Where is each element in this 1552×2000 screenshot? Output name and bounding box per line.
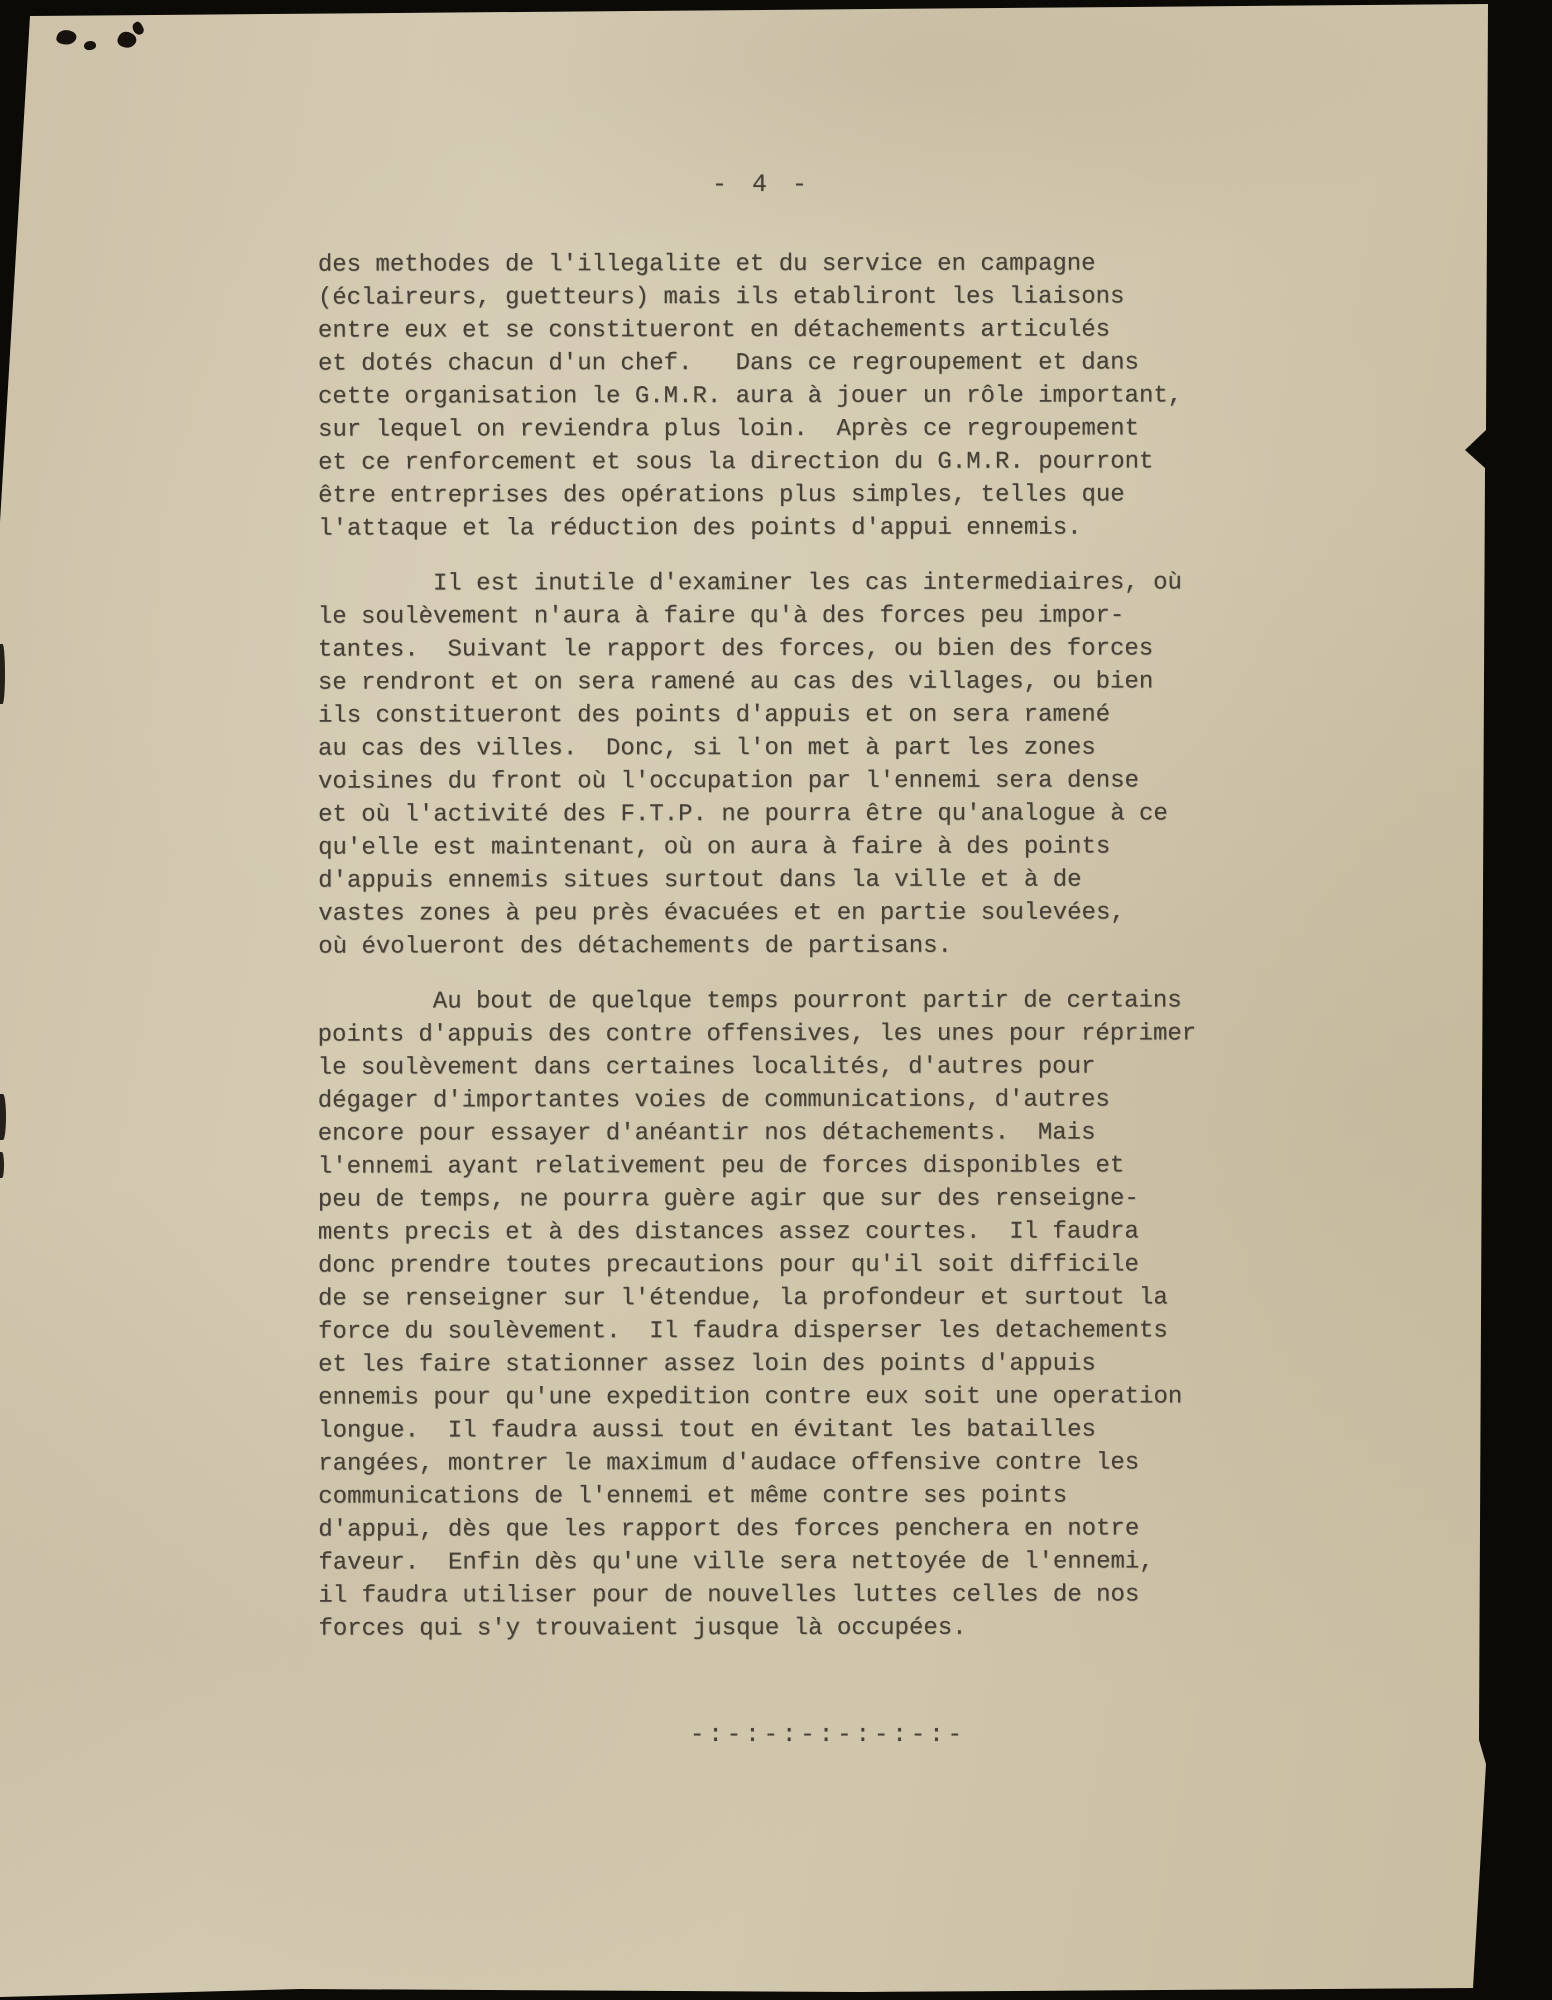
typed-divider: -:-:-:-:-:-:-:- [690,1722,966,1749]
ink-blot [55,27,78,47]
paragraph-2: Il est inutile d'examiner les cas interm… [318,566,1219,963]
paragraph-1: des methodes de l'illegalite et du servi… [318,247,1218,545]
ink-blot [83,40,97,52]
page-number: - 4 - [712,170,812,199]
paragraph-3: Au bout de quelque temps pourront partir… [318,984,1219,1645]
document-page: - 4 - des methodes de l'illegalite et du… [0,0,1552,2000]
scan-edge-mark [0,1152,4,1178]
document-body: des methodes de l'illegalite et du servi… [318,248,1218,1667]
scan-edge-mark [0,1094,6,1140]
scan-edge-mark [0,334,6,386]
scan-edge-mark [0,644,5,704]
